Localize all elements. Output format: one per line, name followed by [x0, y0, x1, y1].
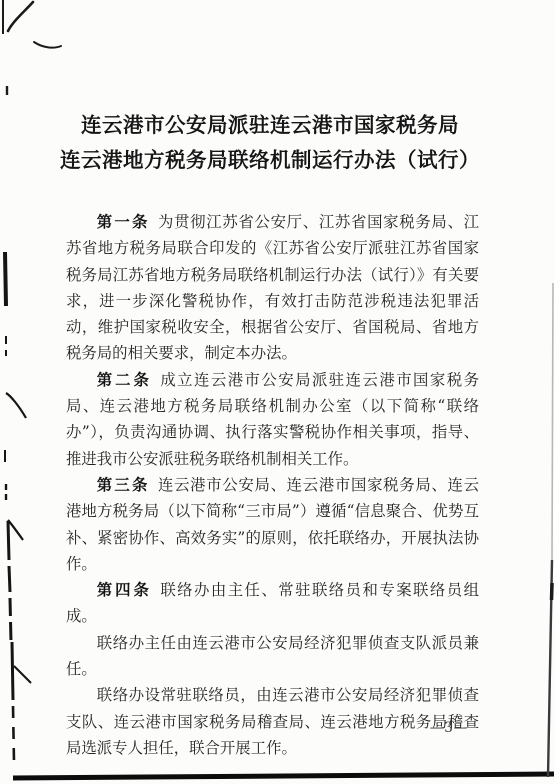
title-line-1: 连云港市公安局派驻连云港市国家税务局 — [0, 108, 547, 143]
page-number: —3— — [424, 720, 474, 736]
bottom-page-edge-line — [13, 774, 554, 778]
left-page-edge-line — [5, 252, 31, 762]
document-body: 第一条为贯彻江苏省公安厅、江苏省国家税务局、江苏省地方税务局联合印发的《江苏省公… — [66, 209, 479, 761]
paragraph-article-4-sub-1: 联络办主任由连云港市公安局经济犯罪侦查支队派员兼任。 — [66, 630, 479, 683]
article-number-1: 第一条 — [97, 213, 150, 231]
paragraph-text: 联络办设常驻联络员，由连云港市公安局经济犯罪侦查支队、连云港市国家税务局稽查局、… — [66, 686, 479, 757]
document-title: 连云港市公安局派驻连云港市国家税务局 连云港地方税务局联络机制运行办法（试行） — [0, 108, 547, 178]
title-line-2: 连云港地方税务局联络机制运行办法（试行） — [0, 143, 547, 178]
scanned-document-page: 连云港市公安局派驻连云港市国家税务局 连云港地方税务局联络机制运行办法（试行） … — [0, 0, 554, 784]
paragraph-article-3: 第三条连云港市公安局、连云港市国家税务局、连云港地方税务局（以下简称“三市局”）… — [66, 472, 479, 577]
paragraph-article-4-sub-2: 联络办设常驻联络员，由连云港市公安局经济犯罪侦查支队、连云港市国家税务局稽查局、… — [66, 682, 479, 761]
top-left-crease-marks — [3, 0, 61, 95]
paragraph-text: 为贯彻江苏省公安厅、江苏省国家税务局、江苏省地方税务局联合印发的《江苏省公安厅派… — [66, 213, 479, 362]
paragraph-article-2: 第二条成立连云港市公安局派驻连云港市国家税务局、连云港地方税务局联络机制办公室（… — [66, 367, 479, 472]
paragraph-article-4: 第四条联络办由主任、常驻联络员和专案联络员组成。 — [66, 577, 479, 630]
right-page-edge-line — [548, 283, 553, 777]
paragraph-text: 联络办主任由连云港市公安局经济犯罪侦查支队派员兼任。 — [66, 634, 479, 678]
paragraph-article-1: 第一条为贯彻江苏省公安厅、江苏省国家税务局、江苏省地方税务局联合印发的《江苏省公… — [66, 209, 479, 367]
article-number-3: 第三条 — [97, 476, 150, 494]
article-number-4: 第四条 — [97, 581, 152, 599]
article-number-2: 第二条 — [97, 371, 152, 389]
